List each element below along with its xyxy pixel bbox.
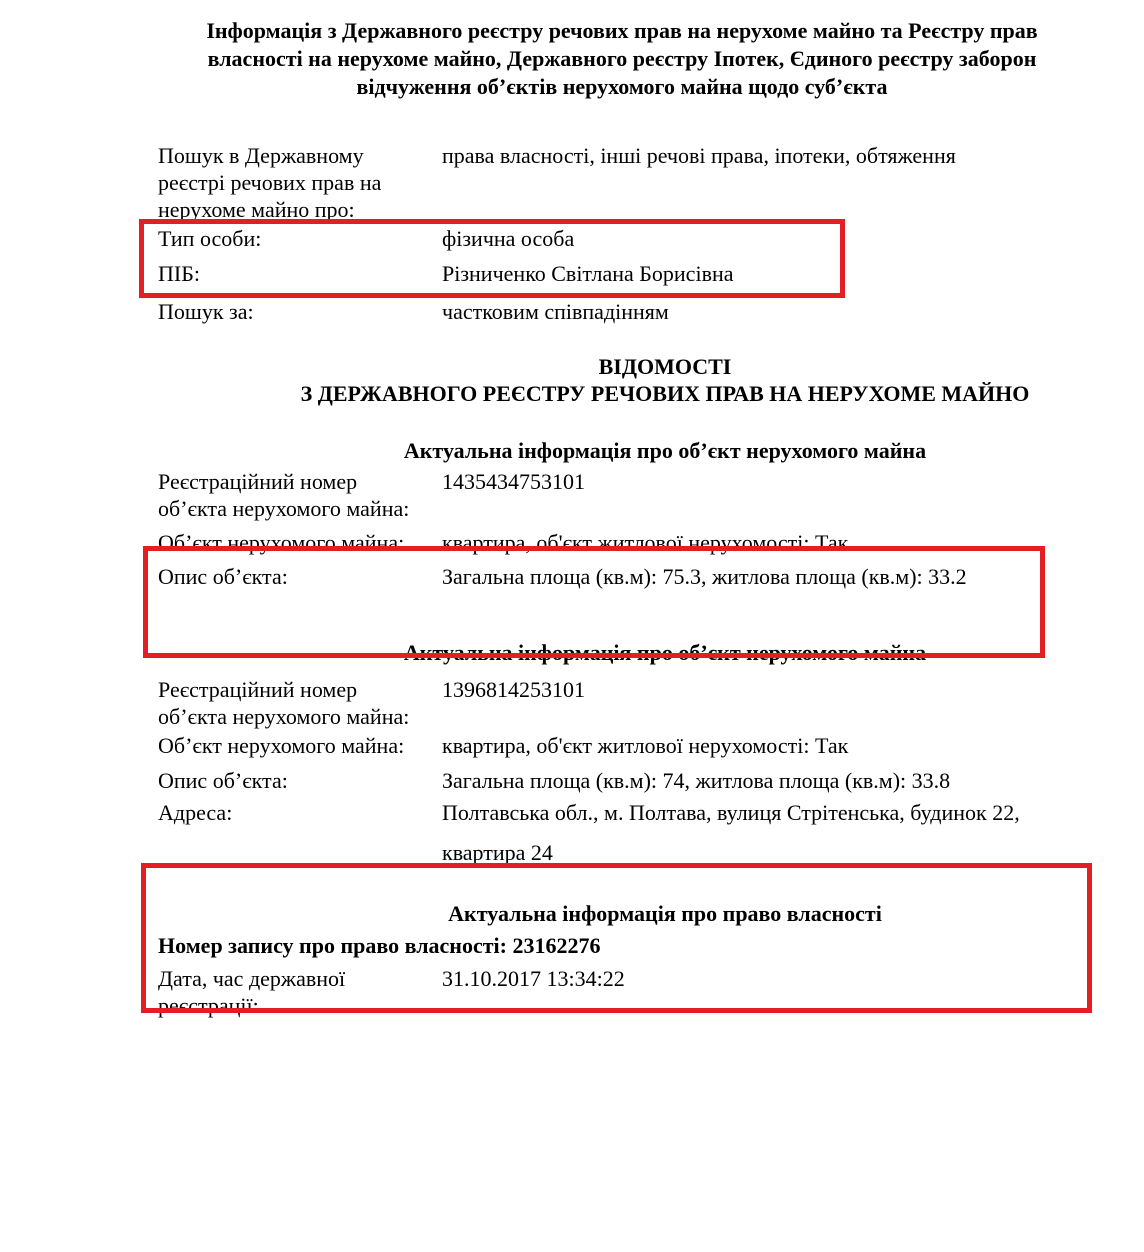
person-name-label: ПІБ:: [158, 260, 442, 287]
object2-address-value: Полтавська обл., м. Полтава, вулиця Стрі…: [442, 799, 1086, 879]
object2-type-row: Об’єкт нерухомого майна: квартира, об'єк…: [158, 732, 1086, 759]
object1-description-value: Загальна площа (кв.м): 75.3, житлова пло…: [442, 563, 1086, 590]
search-query-value: права власності, інші речові права, іпот…: [442, 142, 1086, 169]
search-match-row: Пошук за: частковим співпадінням: [158, 298, 1086, 325]
person-name-row: ПІБ: Різниченко Світлана Борисівна: [158, 260, 1086, 287]
object1-section-heading: Актуальна інформація про об’єкт нерухомо…: [244, 437, 1086, 464]
search-match-value: частковим співпадінням: [442, 298, 1086, 325]
register-heading: ВІДОМОСТІ З ДЕРЖАВНОГО РЕЄСТРУ РЕЧОВИХ П…: [244, 353, 1086, 407]
ownership-record-number-line: Номер запису про право власності: 231622…: [158, 932, 1086, 959]
object1-description-label: Опис об’єкта:: [158, 563, 442, 590]
object2-reg-number-row: Реєстраційний номер об’єкта нерухомого м…: [158, 676, 1086, 730]
object1-type-label: Об’єкт нерухомого майна:: [158, 529, 442, 556]
person-name-value: Різниченко Світлана Борисівна: [442, 260, 1086, 287]
document-title: Інформація з Державного реєстру речових …: [158, 17, 1086, 101]
object1-section-heading-text: Актуальна інформація про об’єкт нерухомо…: [244, 437, 1086, 464]
ownership-section-heading: Актуальна інформація про право власності: [244, 900, 1086, 927]
person-type-label: Тип особи:: [158, 225, 442, 252]
registration-date-value: 31.10.2017 13:34:22: [442, 965, 1086, 992]
search-match-label: Пошук за:: [158, 298, 442, 325]
object2-reg-number-value: 1396814253101: [442, 676, 1086, 703]
object2-description-label: Опис об’єкта:: [158, 767, 442, 794]
document-title-line-1: Інформація з Державного реєстру речових …: [158, 17, 1086, 45]
object2-address-label: Адреса:: [158, 799, 442, 826]
search-query-label: Пошук в Державному реєстрі речових прав …: [158, 142, 442, 223]
person-type-value: фізична особа: [442, 225, 1086, 252]
register-heading-line-1: ВІДОМОСТІ: [244, 353, 1086, 380]
register-heading-line-2: З ДЕРЖАВНОГО РЕЄСТРУ РЕЧОВИХ ПРАВ НА НЕР…: [244, 380, 1086, 407]
object2-section-heading: Актуальна інформація про об’єкт нерухомо…: [244, 639, 1086, 666]
object2-type-value: квартира, об'єкт житлової нерухомості: Т…: [442, 732, 1086, 759]
object2-section-heading-text: Актуальна інформація про об’єкт нерухомо…: [244, 639, 1086, 666]
registration-date-label: Дата, час державної реєстрації:: [158, 965, 442, 1019]
object1-reg-number-value: 1435434753101: [442, 468, 1086, 495]
object2-address-line-2: квартира 24: [442, 839, 1086, 879]
object2-type-label: Об’єкт нерухомого майна:: [158, 732, 442, 759]
object1-reg-number-label: Реєстраційний номер об’єкта нерухомого м…: [158, 468, 442, 522]
document-content: Інформація з Державного реєстру речових …: [0, 0, 1144, 1019]
object1-reg-number-row: Реєстраційний номер об’єкта нерухомого м…: [158, 468, 1086, 522]
object2-reg-number-label: Реєстраційний номер об’єкта нерухомого м…: [158, 676, 442, 730]
person-type-row: Тип особи: фізична особа: [158, 225, 1086, 252]
registry-extract-document: Інформація з Державного реєстру речових …: [0, 0, 1144, 1252]
document-title-line-3: відчуження об’єктів нерухомого майна щод…: [158, 73, 1086, 101]
object2-description-value: Загальна площа (кв.м): 74, житлова площа…: [442, 767, 1086, 794]
object2-address-row: Адреса: Полтавська обл., м. Полтава, вул…: [158, 799, 1086, 879]
object1-type-value: квартира, об'єкт житлової нерухомості: Т…: [442, 529, 1086, 556]
ownership-section-heading-text: Актуальна інформація про право власності: [244, 900, 1086, 927]
document-title-line-2: власності на нерухоме майно, Державного …: [158, 45, 1086, 73]
search-query-row: Пошук в Державному реєстрі речових прав …: [158, 142, 1086, 223]
registration-date-row: Дата, час державної реєстрації: 31.10.20…: [158, 965, 1086, 1019]
object1-type-row: Об’єкт нерухомого майна: квартира, об'єк…: [158, 529, 1086, 556]
object2-description-row: Опис об’єкта: Загальна площа (кв.м): 74,…: [158, 767, 1086, 794]
object1-description-row: Опис об’єкта: Загальна площа (кв.м): 75.…: [158, 563, 1086, 590]
object2-address-line-1: Полтавська обл., м. Полтава, вулиця Стрі…: [442, 799, 1086, 839]
